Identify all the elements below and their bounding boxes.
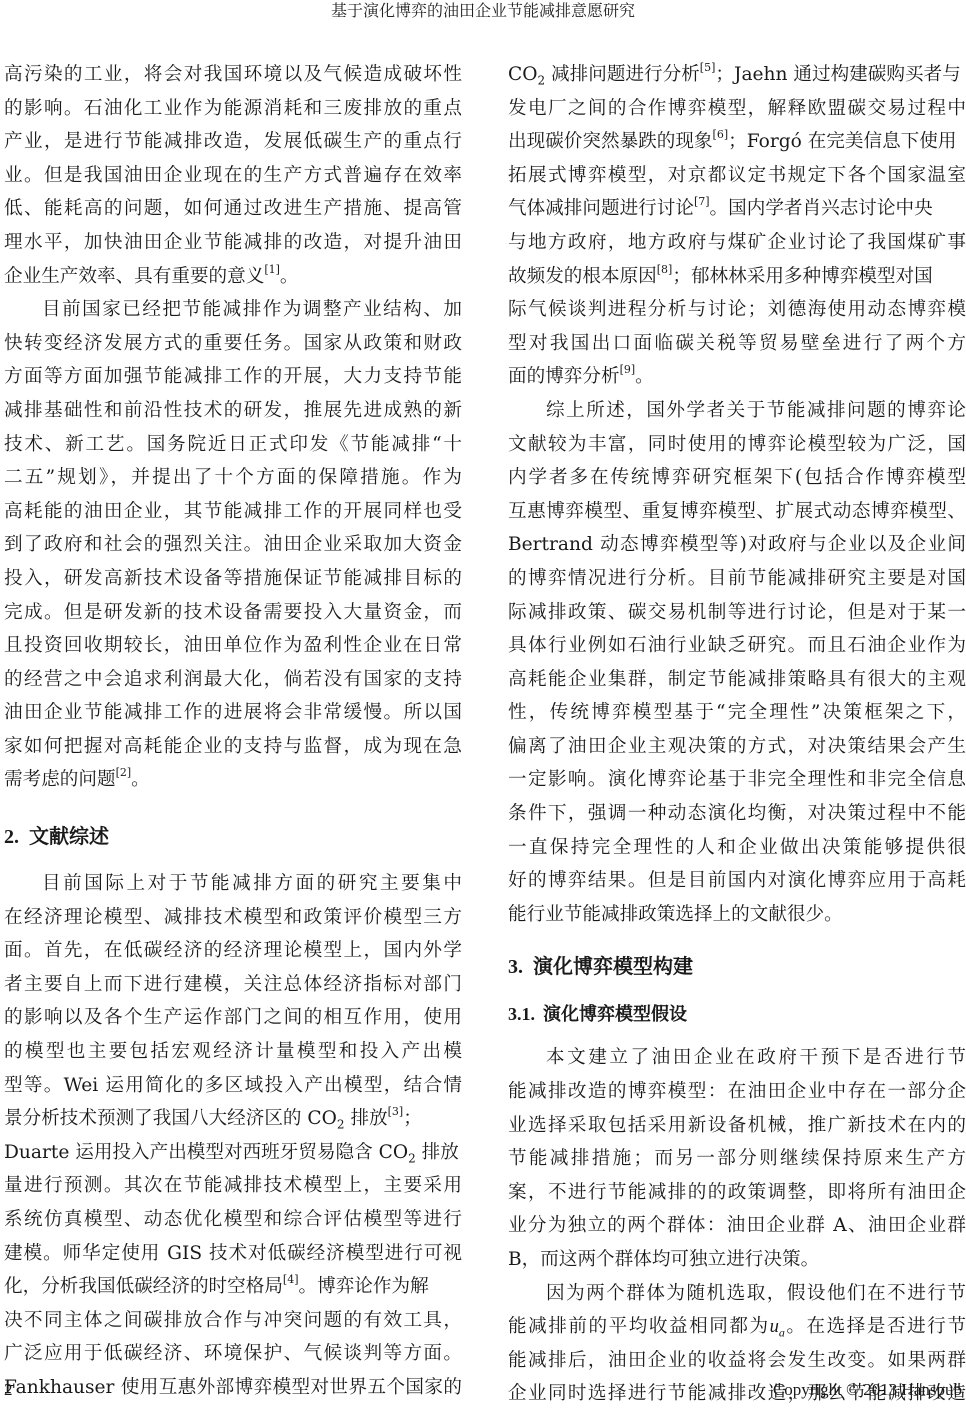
citation-ref[interactable]: [5]: [700, 61, 716, 74]
text-line: 业选择采取包括采用新设备机械，推广新技术在内的: [508, 1109, 966, 1143]
text-line: 且投资回收期较长，油田单位作为盈利性企业在日常: [4, 629, 462, 663]
text-line: 一直保持完全理性的人和企业做出决策能够提供很: [508, 831, 966, 865]
text-line: 的经营之中会追求利润最大化，倘若没有国家的支持: [4, 663, 462, 697]
text-line: 产业，是进行节能减排改造，发展低碳生产的重点行: [4, 125, 462, 159]
text-line: 具体行业例如石油行业缺乏研究。而且石油企业作为: [508, 629, 966, 663]
right-column: CO2 减排问题进行分析[5]；Jaehn 通过构建碳购买者与 发电厂之间的合作…: [508, 58, 966, 1411]
paragraph-national-policy: 目前国家已经把节能减排作为调整产业结构、加 快转变经济发展方式的重要任务。国家从…: [4, 293, 462, 797]
text-line: 完成。但是研发新的技术设备需要投入大量资金，而: [4, 596, 462, 630]
text-line: 景分析技术预测了我国八大经济区的 CO2 排放[3]；: [4, 1102, 462, 1136]
text-line: 因为两个群体为随机选取，假设他们在不进行节: [508, 1277, 966, 1311]
text-line: 的模型也主要包括宏观经济计量模型和投入产出模: [4, 1035, 462, 1069]
section-heading-2: 2.文献综述: [4, 811, 462, 861]
text-line: 与地方政府，地方政府与煤矿企业讨论了我国煤矿事: [508, 226, 966, 260]
subsection-heading-3-1: 3.1.演化博弈模型假设: [508, 991, 966, 1037]
paragraph-literature-review: 目前国际上对于节能减排方面的研究主要集中 在经济理论模型、减排技术模型和政策评价…: [4, 867, 462, 1405]
paragraph-model-setup: 本文建立了油田企业在政府干预下是否进行节 能减排改造的博弈模型：在油田企业中存在…: [508, 1041, 966, 1276]
paragraph-literature-review-continued: CO2 减排问题进行分析[5]；Jaehn 通过构建碳购买者与 发电厂之间的合作…: [508, 58, 966, 394]
text-line: 能行业节能减排政策选择上的文献很少。: [508, 898, 966, 932]
text-line: 目前国际上对于节能减排方面的研究主要集中: [4, 867, 462, 901]
text-line: 业。但是我国油田企业现在的生产方式普遍存在效率: [4, 159, 462, 193]
text-line: 快转变经济发展方式的重要任务。国家从政策和财政: [4, 327, 462, 361]
text-line: 化，分析我国低碳经济的时空格局[4]。博弈论作为解: [4, 1270, 462, 1304]
text-line: 案，不进行节能减排的的政策调整，即将所有油田企: [508, 1176, 966, 1210]
page-number: 2: [4, 1380, 13, 1400]
text-line: CO2 减排问题进行分析[5]；Jaehn 通过构建碳购买者与: [508, 58, 966, 92]
text-line: 广泛应用于低碳经济、环境保护、气候谈判等方面。: [4, 1337, 462, 1371]
text-line: 技术、新工艺。国务院近日正式印发《节能减排“十: [4, 428, 462, 462]
text-line: 际气候谈判进程分析与讨论；刘德海使用动态博弈模: [508, 293, 966, 327]
text-line: 气体减排问题进行讨论[7]。国内学者肖兴志讨论中央: [508, 192, 966, 226]
text-line: 的影响以及各个生产运作部门之间的相互作用，使用: [4, 1001, 462, 1035]
text-line: 拓展式博弈模型，对京都议定书规定下各个国家温室: [508, 159, 966, 193]
text-line: 高污染的工业，将会对我国环境以及气候造成破坏性: [4, 58, 462, 92]
text-line: 的影响。石油化工业作为能源消耗和三废排放的重点: [4, 92, 462, 126]
text-line: 面。首先，在低碳经济的经济理论模型上，国内外学: [4, 934, 462, 968]
math-variable-ua: ua: [770, 1316, 785, 1337]
text-line: 偏离了油田企业主观决策的方式，对决策结果会产生: [508, 730, 966, 764]
text-line: 能减排前的平均收益相同都为ua。在选择是否进行节: [508, 1310, 966, 1344]
text-line: 型对我国出口面临碳关税等贸易壁垒进行了两个方: [508, 327, 966, 361]
running-head: 基于演化博弈的油田企业节能减排意愿研究: [0, 0, 966, 22]
text-line: 投入，研发高新技术设备等措施保证节能减排目标的: [4, 562, 462, 596]
text-line: 者主要自上而下进行建模，关注总体经济指标对部门: [4, 968, 462, 1002]
text-line: 能减排改造的博弈模型：在油田企业中存在一部分企: [508, 1075, 966, 1109]
text-line: 家如何把握对高耗能企业的支持与监督，成为现在急: [4, 730, 462, 764]
text-line: 高耗能的油田企业，其节能减排工作的开展同样也受: [4, 495, 462, 529]
text-line: 内学者多在传统博弈研究框架下(包括合作博弈模型: [508, 461, 966, 495]
left-column: 高污染的工业，将会对我国环境以及气候造成破坏性 的影响。石油化工业作为能源消耗和…: [4, 58, 462, 1405]
text-line: 到了政府和社会的强烈关注。油田企业采取加大资金: [4, 528, 462, 562]
text-line: 的博弈情况进行分析。目前节能减排研究主要是对国: [508, 562, 966, 596]
section-heading-3: 3.演化博弈模型构建: [508, 941, 966, 991]
citation-ref[interactable]: [3]: [388, 1105, 404, 1118]
text-line: 理水平，加快油田企业节能减排的改造，对提升油田: [4, 226, 462, 260]
text-line: 低、能耗高的问题，如何通过改进生产措施、提高管: [4, 192, 462, 226]
text-line: 节能减排措施；而另一部分则继续保持原来生产方: [508, 1142, 966, 1176]
text-line: 企业生产效率、具有重要的意义[1]。: [4, 260, 462, 294]
text-line: 业分为独立的两个群体：油田企业群 A、油田企业群: [508, 1209, 966, 1243]
text-line: 高耗能企业集群，制定节能减排策略具有很大的主观: [508, 663, 966, 697]
citation-ref[interactable]: [6]: [713, 128, 729, 141]
text-line: 一定影响。演化博弈论基于非完全理性和非完全信息: [508, 763, 966, 797]
copyright-notice: Copyright © 2013 Hanspub: [773, 1380, 962, 1400]
text-line: 际减排政策、碳交易机制等进行讨论，但是对于某一: [508, 596, 966, 630]
text-line: 方面等方面加强节能减排工作的开展，大力支持节能: [4, 360, 462, 394]
text-line: 好的博弈结果。但是目前国内对演化博弈应用于高耗: [508, 864, 966, 898]
paragraph-summary: 综上所述，国外学者关于节能减排问题的博弈论 文献较为丰富，同时使用的博弈论模型较…: [508, 394, 966, 932]
text-line: 互惠博弈模型、重复博弈模型、扩展式动态博弈模型、: [508, 495, 966, 529]
text-line: 本文建立了油田企业在政府干预下是否进行节: [508, 1041, 966, 1075]
text-line: 故频发的根本原因[8]；郁林林采用多种博弈模型对国: [508, 260, 966, 294]
citation-ref[interactable]: [7]: [694, 195, 710, 208]
text-line: 综上所述，国外学者关于节能减排问题的博弈论: [508, 394, 966, 428]
text-line: Fankhauser 使用互惠外部博弈模型对世界五个国家的: [4, 1371, 462, 1405]
text-line: 发电厂之间的合作博弈模型，解释欧盟碳交易过程中: [508, 92, 966, 126]
citation-ref[interactable]: [1]: [264, 263, 280, 276]
text-line: Bertrand 动态博弈模型等)对政府与企业以及企业间: [508, 528, 966, 562]
paragraph-intro-continued: 高污染的工业，将会对我国环境以及气候造成破坏性 的影响。石油化工业作为能源消耗和…: [4, 58, 462, 293]
text-line: 量进行预测。其次在节能减排技术模型上，主要采用: [4, 1169, 462, 1203]
text-line: 型等。Wei 运用简化的多区域投入产出模型，结合情: [4, 1069, 462, 1103]
text-line: 系统仿真模型、动态优化模型和综合评估模型等进行: [4, 1203, 462, 1237]
text-line: 二五”规划》，并提出了十个方面的保障措施。作为: [4, 461, 462, 495]
text-line: 出现碳价突然暴跌的现象[6]；Forgó 在完美信息下使用: [508, 125, 966, 159]
text-line: 目前国家已经把节能减排作为调整产业结构、加: [4, 293, 462, 327]
text-line: Duarte 运用投入产出模型对西班牙贸易隐含 CO2 排放: [4, 1136, 462, 1170]
text-line: 面的博弈分析[9]。: [508, 360, 966, 394]
citation-ref[interactable]: [2]: [116, 766, 132, 779]
text-line: 需考虑的问题[2]。: [4, 763, 462, 797]
text-line: 决不同主体之间碳排放合作与冲突问题的有效工具，: [4, 1304, 462, 1338]
text-line: 条件下，强调一种动态演化均衡，对决策过程中不能: [508, 797, 966, 831]
text-line: 文献较为丰富，同时使用的博弈论模型较为广泛，国: [508, 428, 966, 462]
text-line: B，而这两个群体均可独立进行决策。: [508, 1243, 966, 1277]
citation-ref[interactable]: [9]: [620, 363, 636, 376]
text-line: 油田企业节能减排工作的进展将会非常缓慢。所以国: [4, 696, 462, 730]
text-line: 减排基础性和前沿性技术的研发，推展先进成熟的新: [4, 394, 462, 428]
citation-ref[interactable]: [4]: [283, 1273, 299, 1286]
text-line: 能减排后，油田企业的收益将会发生改变。如果两群: [508, 1344, 966, 1378]
citation-ref[interactable]: [8]: [657, 263, 673, 276]
text-line: 建模。师华定使用 GIS 技术对低碳经济模型进行可视: [4, 1237, 462, 1271]
text-line: 在经济理论模型、减排技术模型和政策评价模型三方: [4, 901, 462, 935]
text-line: 性，传统博弈模型基于“完全理性”决策框架之下，: [508, 696, 966, 730]
